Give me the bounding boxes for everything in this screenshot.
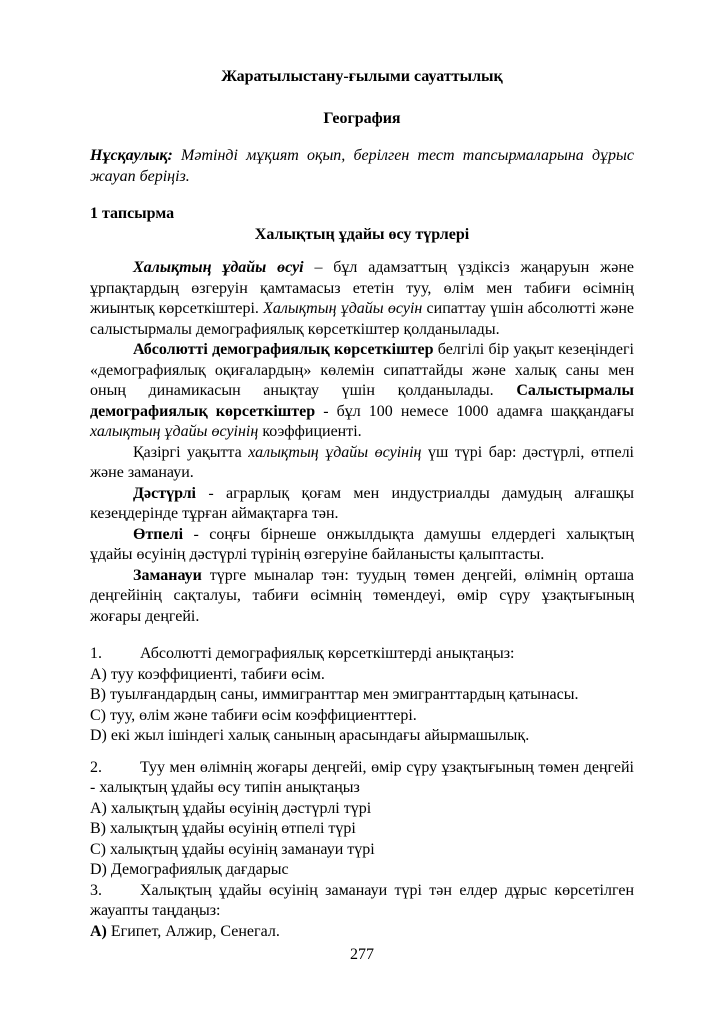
question: 3.Халықтың ұдайы өсуінің заманауи түрі т… [90, 881, 634, 943]
option-text: халықтың ұдайы өсуінің заманауи түрі [110, 841, 375, 858]
text-segment: Заманауи [133, 567, 202, 584]
body-text: Халықтың ұдайы өсуі – бұл адамзаттың үзд… [90, 258, 634, 627]
question: 1.Абсолютті демографиялық көрсеткіштерді… [90, 644, 634, 747]
text-segment: Дәстүрлі [133, 485, 196, 502]
paragraph: Абсолютті демографиялық көрсеткіштер бел… [90, 340, 634, 443]
text-segment: Қазіргі уақытта [133, 444, 248, 461]
question-number: 3. [90, 881, 140, 902]
option-label: А) [90, 800, 111, 817]
text-segment: Өтпелі [133, 526, 183, 543]
question-text: Абсолютті демографиялық көрсеткіштерді а… [140, 645, 514, 662]
paragraph: Заманауи түрге мыналар тән: туудың төмен… [90, 566, 634, 628]
answer-option: D) екі жыл ішіндегі халық санының арасын… [90, 726, 634, 747]
text-segment: халықтың ұдайы өсуінің [90, 423, 258, 440]
document-title: Жаратылыстану-ғылыми сауаттылық [90, 67, 634, 88]
option-text: халықтың ұдайы өсуінің өтпелі түрі [110, 820, 356, 837]
question-text: Туу мен өлімнің жоғары деңгейі, өмір сүр… [90, 759, 634, 797]
questions-block: 1.Абсолютті демографиялық көрсеткіштерді… [90, 644, 634, 942]
task-label: 1 тапсырма [90, 204, 634, 225]
answer-option: А) туу коэффициенті, табиғи өсім. [90, 665, 634, 686]
document-page: Жаратылыстану-ғылыми сауаттылық Географи… [0, 0, 724, 1024]
option-label: С) [90, 707, 110, 724]
option-label: С) [90, 841, 110, 858]
option-text: туу, өлім және табиғи өсім коэффициентте… [110, 707, 417, 724]
question-number: 1. [90, 644, 140, 665]
option-label: В) [90, 686, 110, 703]
text-segment: Халықтың ұдайы өсуін [263, 300, 422, 317]
option-text: туу коэффициенті, табиғи өсім. [111, 666, 325, 683]
paragraph: Дәстүрлі - аграрлық қоғам мен индустриал… [90, 484, 634, 525]
answer-option: В) туылғандардың саны, иммигранттар мен … [90, 685, 634, 706]
option-label: В) [90, 820, 110, 837]
paragraph: Халықтың ұдайы өсуі – бұл адамзаттың үзд… [90, 258, 634, 340]
text-segment: - бұл 100 немесе 1000 адамға шаққандағы [315, 403, 634, 420]
answer-option: А) халықтың ұдайы өсуінің дәстүрлі түрі [90, 799, 634, 820]
question: 2.Туу мен өлімнің жоғары деңгейі, өмір с… [90, 758, 634, 881]
instruction-paragraph: Нұсқаулық: Мәтінді мұқият оқып, берілген… [90, 146, 634, 187]
answer-option: В) халықтың ұдайы өсуінің өтпелі түрі [90, 819, 634, 840]
page-number: 277 [0, 945, 724, 966]
section-title: Халықтың ұдайы өсу түрлері [90, 225, 634, 246]
option-text: халықтың ұдайы өсуінің дәстүрлі түрі [111, 800, 371, 817]
question-prompt: 2.Туу мен өлімнің жоғары деңгейі, өмір с… [90, 758, 634, 799]
option-label: D) [90, 727, 111, 744]
question-text: Халықтың ұдайы өсуінің заманауи түрі тән… [90, 882, 634, 920]
text-segment: халықтың ұдайы өсуінің [248, 444, 421, 461]
paragraph: Қазіргі уақытта халықтың ұдайы өсуінің ү… [90, 443, 634, 484]
answer-option: А) Египет, Алжир, Сенегал. [90, 922, 634, 943]
option-label: А) [90, 666, 111, 683]
question-number: 2. [90, 758, 140, 779]
subject-heading: География [90, 109, 634, 130]
instruction-label: Нұсқаулық: [90, 147, 173, 164]
paragraph: Өтпелі - соңғы бірнеше онжылдықта дамушы… [90, 525, 634, 566]
text-segment: Абсолютті демографиялық көрсеткіштер [133, 341, 433, 358]
answer-option: D) Демографиялық дағдарыс [90, 860, 634, 881]
text-segment: Халықтың ұдайы өсуі [133, 259, 304, 276]
question-prompt: 3.Халықтың ұдайы өсуінің заманауи түрі т… [90, 881, 634, 922]
option-text: екі жыл ішіндегі халық санының арасындағ… [111, 727, 529, 744]
option-label: А) [90, 923, 111, 940]
option-text: туылғандардың саны, иммигранттар мен эми… [110, 686, 579, 703]
text-segment: коэффициенті. [258, 423, 361, 440]
answer-option: С) халықтың ұдайы өсуінің заманауи түрі [90, 840, 634, 861]
answer-option: С) туу, өлім және табиғи өсім коэффициен… [90, 706, 634, 727]
option-text: Демографиялық дағдарыс [111, 861, 289, 878]
option-text: Египет, Алжир, Сенегал. [111, 923, 280, 940]
question-prompt: 1.Абсолютті демографиялық көрсеткіштерді… [90, 644, 634, 665]
option-label: D) [90, 861, 111, 878]
